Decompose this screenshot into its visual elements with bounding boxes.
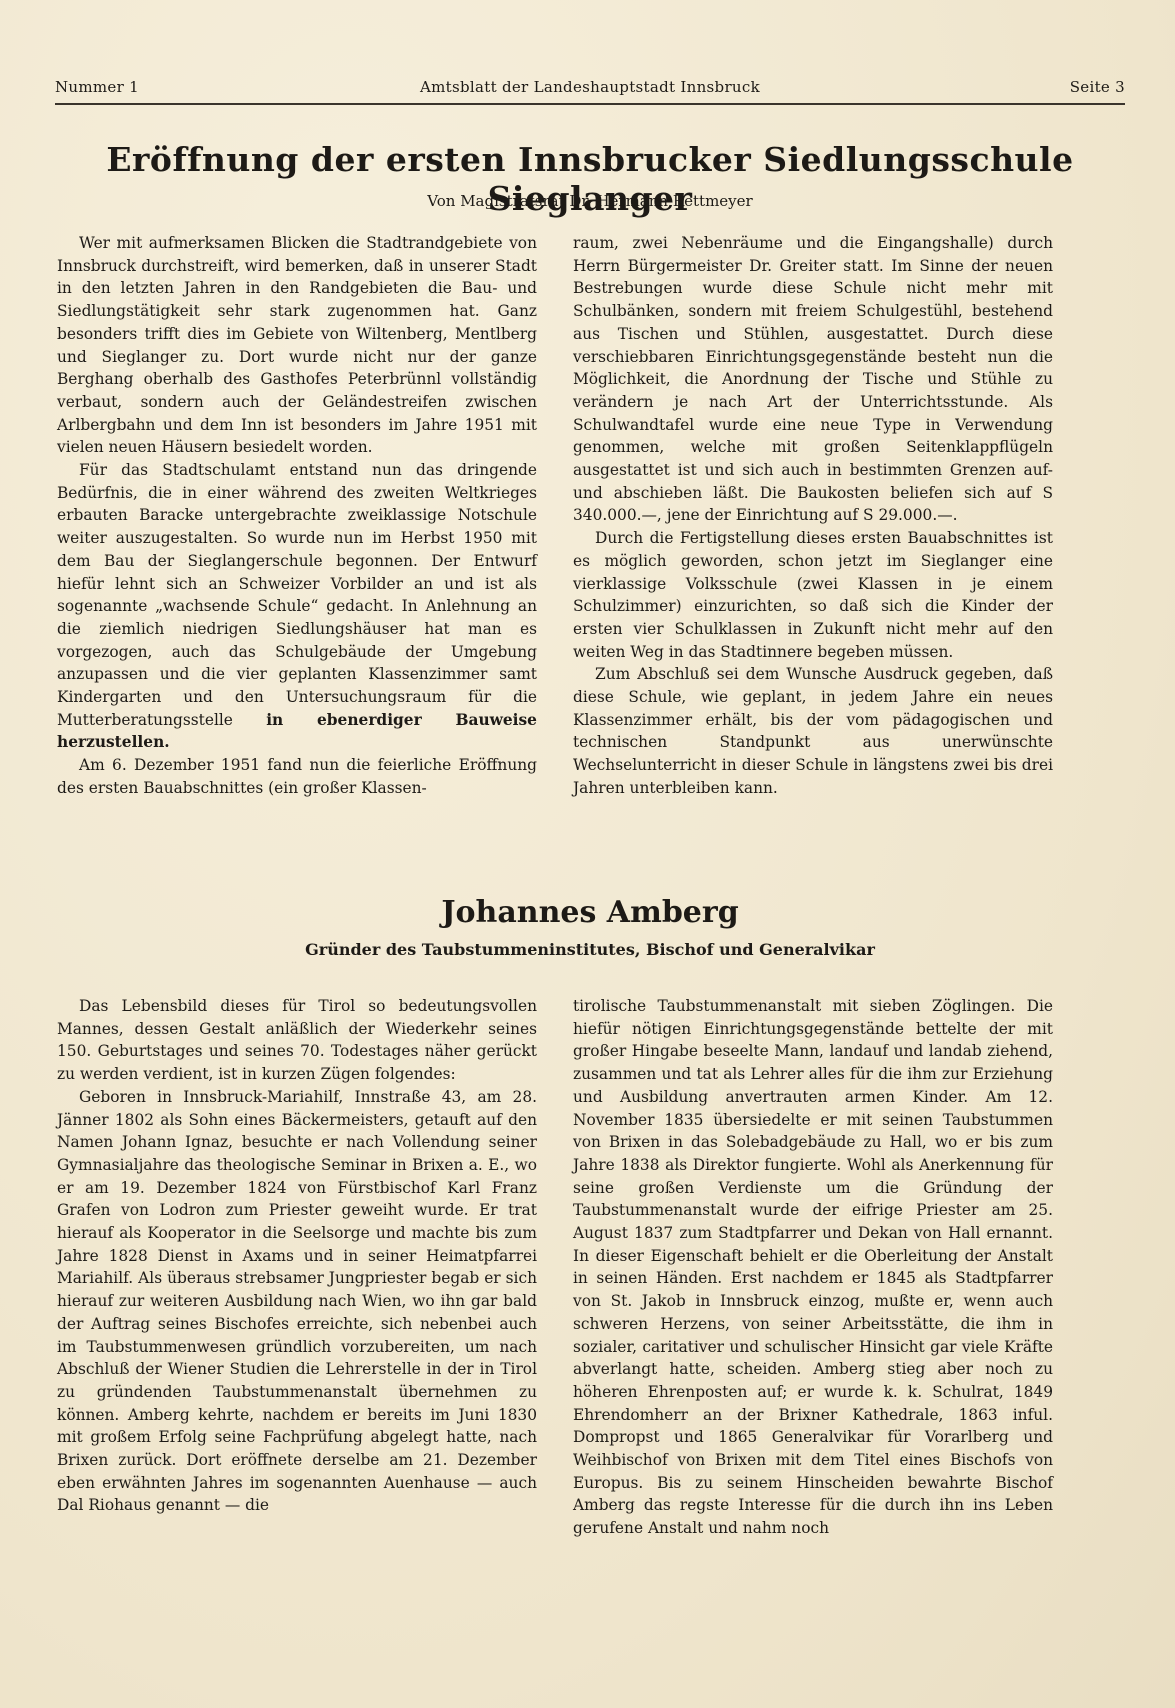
paragraph: raum, zwei Nebenräume und die Eingangsha… bbox=[573, 232, 1053, 527]
paragraph: Wer mit aufmerksamen Blicken die Stadtra… bbox=[57, 232, 537, 459]
paragraph-text: Für das Stadtschulamt entstand nun das d… bbox=[57, 461, 537, 729]
header-rule bbox=[55, 103, 1125, 105]
paragraph: tirolische Taubstummenanstalt mit sieben… bbox=[573, 995, 1053, 1540]
paragraph: Für das Stadtschulamt entstand nun das d… bbox=[57, 459, 537, 754]
paragraph: Geboren in Innsbruck-Mariahilf, Innstraß… bbox=[57, 1086, 537, 1517]
article-1-column-1: Wer mit aufmerksamen Blicken die Stadtra… bbox=[57, 232, 537, 800]
paragraph: Das Lebensbild dieses für Tirol so bedeu… bbox=[57, 995, 537, 1086]
paragraph: Durch die Fertigstellung dieses ersten B… bbox=[573, 527, 1053, 663]
paragraph: Zum Abschluß sei dem Wunsche Ausdruck ge… bbox=[573, 663, 1053, 799]
article-1-column-2: raum, zwei Nebenräume und die Eingangsha… bbox=[573, 232, 1053, 800]
running-header: Nummer 1 Amtsblatt der Landeshauptstadt … bbox=[55, 78, 1125, 96]
publication-title: Amtsblatt der Landeshauptstadt Innsbruck bbox=[55, 78, 1125, 96]
article-2-subtitle: Gründer des Taubstummeninstitutes, Bisch… bbox=[55, 940, 1125, 959]
article-1-byline: Von Magistratsrat Dr. Hermann Rettmeyer bbox=[55, 192, 1125, 210]
paragraph: Am 6. Dezember 1951 fand nun die feierli… bbox=[57, 754, 537, 799]
article-2-column-2: tirolische Taubstummenanstalt mit sieben… bbox=[573, 995, 1053, 1540]
article-2-column-1: Das Lebensbild dieses für Tirol so bedeu… bbox=[57, 995, 537, 1517]
article-2-title: Johannes Amberg bbox=[55, 895, 1125, 930]
